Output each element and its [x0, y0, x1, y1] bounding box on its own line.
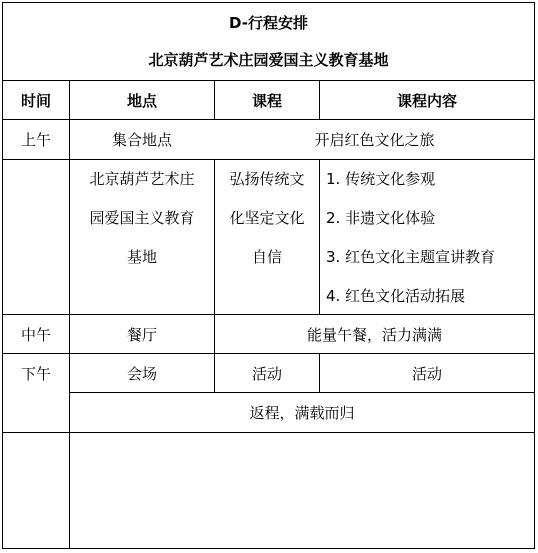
header-content: 课程内容: [320, 81, 534, 119]
content-list: 1. 传统文化参观 2. 非遗文化体验 3. 红色文化主题宣讲教育 4. 红色文…: [320, 160, 534, 314]
divider: [2, 432, 535, 433]
list-item: 3. 红色文化主题宣讲教育: [326, 238, 495, 277]
time-morning: 上午: [3, 120, 69, 159]
morning-theme: 开启红色文化之旅: [215, 120, 534, 159]
course-culture: 弘扬传统文 化坚定文化 自信: [215, 160, 319, 314]
course-activity: 活动: [215, 354, 319, 392]
place-base: 北京葫芦艺术庄 园爱国主义教育 基地: [70, 160, 214, 314]
content-activity: 活动: [320, 354, 534, 392]
noon-theme: 能量午餐，活力满满: [215, 315, 534, 353]
document-subtitle: 北京葫芦艺术庄园爱国主义教育基地: [3, 42, 534, 76]
list-item: 2. 非遗文化体验: [326, 199, 435, 238]
list-item: 1. 传统文化参观: [326, 160, 435, 199]
time-noon: 中午: [3, 315, 69, 353]
header-course: 课程: [215, 81, 319, 119]
place-gathering: 集合地点: [70, 120, 214, 159]
list-item: 4. 红色文化活动拓展: [326, 277, 465, 316]
document-title: D-行程安排: [3, 6, 534, 38]
time-afternoon: 下午: [3, 354, 69, 392]
place-venue: 会场: [70, 354, 214, 392]
place-restaurant: 餐厅: [70, 315, 214, 353]
header-time: 时间: [3, 81, 69, 119]
return-text: 返程，满载而归: [70, 393, 534, 432]
header-place: 地点: [70, 81, 214, 119]
